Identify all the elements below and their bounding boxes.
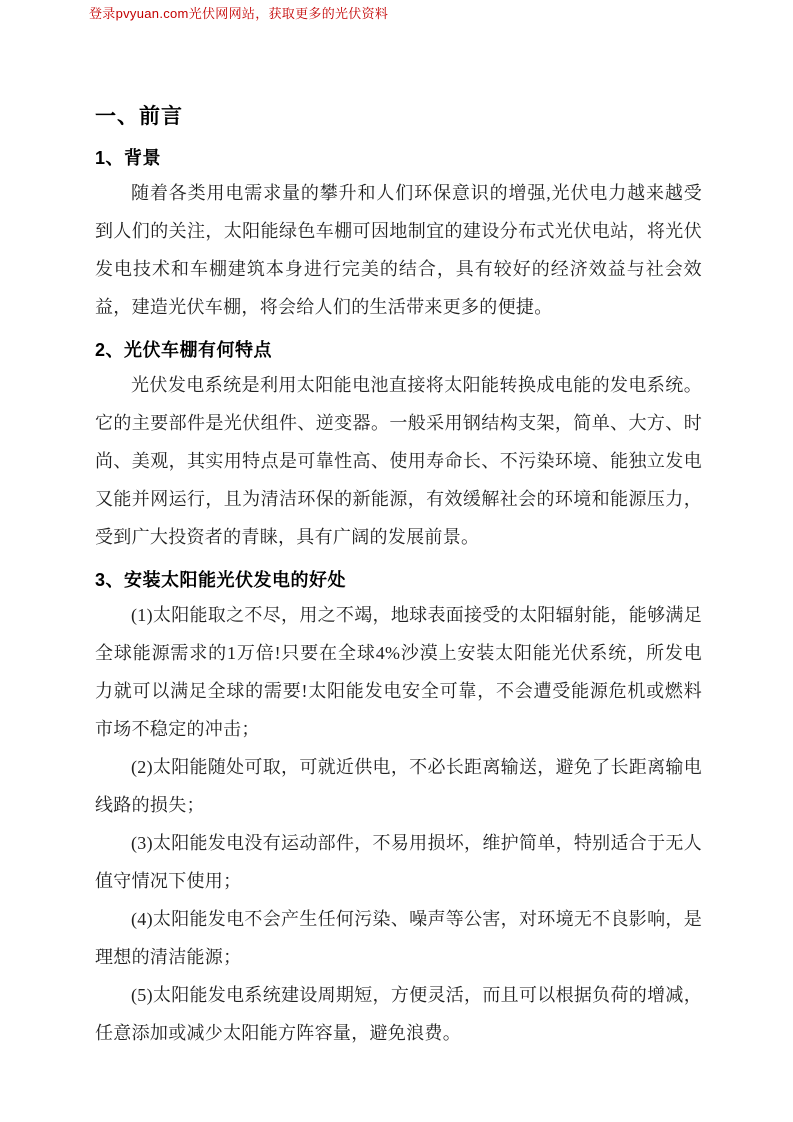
benefit-item-2: (2)太阳能随处可取，可就近供电，不必长距离输送，避免了长距离输电线路的损失； [95,748,702,824]
section-heading-background: 1、背景 [95,146,702,170]
benefit-item-1: (1)太阳能取之不尽，用之不竭，地球表面接受的太阳辐射能，能够满足全球能源需求的… [95,596,702,748]
document-page: 登录pvyuan.com光伏网网站，获取更多的光伏资料 一、前言 1、背景 随着… [0,0,793,1122]
paragraph-background: 随着各类用电需求量的攀升和人们环保意识的增强,光伏电力越来越受到人们的关注，太阳… [95,174,702,326]
document-content: 一、前言 1、背景 随着各类用电需求量的攀升和人们环保意识的增强,光伏电力越来越… [95,104,702,1052]
section-heading-features: 2、光伏车棚有何特点 [95,338,702,362]
paragraph-features: 光伏发电系统是利用太阳能电池直接将太阳能转换成电能的发电系统。它的主要部件是光伏… [95,366,702,556]
site-notice-text: 登录pvyuan.com光伏网网站，获取更多的光伏资料 [89,6,388,22]
benefit-item-4: (4)太阳能发电不会产生任何污染、噪声等公害，对环境无不良影响，是理想的清洁能源… [95,900,702,976]
benefit-item-5: (5)太阳能发电系统建设周期短，方便灵活，而且可以根据负荷的增减，任意添加或减少… [95,976,702,1052]
benefit-item-3: (3)太阳能发电没有运动部件，不易用损坏，维护简单，特别适合于无人值守情况下使用… [95,824,702,900]
document-title: 一、前言 [95,104,702,130]
section-heading-benefits: 3、安装太阳能光伏发电的好处 [95,568,702,592]
